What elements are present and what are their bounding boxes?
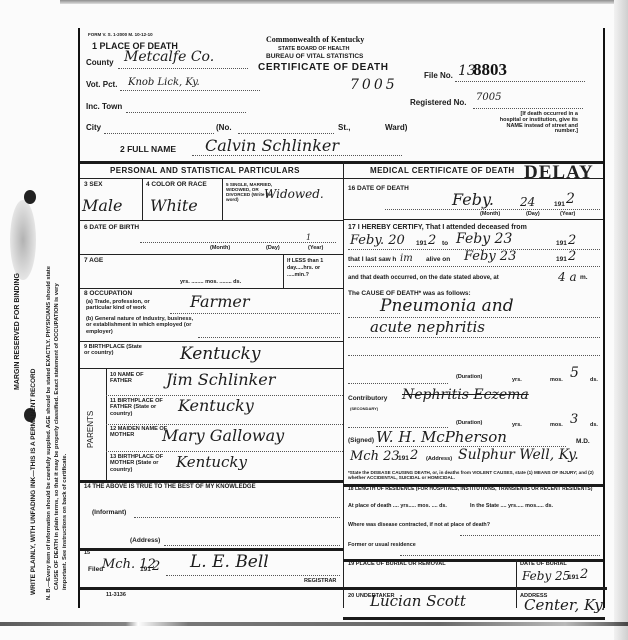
inc-town-label: Inc. Town bbox=[86, 103, 122, 111]
duration-1-ds-value: 5 bbox=[570, 366, 579, 380]
mother-birthplace-label: 13 BIRTHPLACE OF MOTHER (State or countr… bbox=[110, 454, 170, 473]
burial-date-label: DATE OF BURIAL bbox=[520, 562, 567, 568]
sex-label: 3 SEX bbox=[84, 182, 102, 189]
hospital-note: [If death occurred in a hospital or inst… bbox=[498, 112, 578, 135]
birthplace-label: 9 BIRTHPLACE (State or country) bbox=[84, 344, 144, 357]
contracted-label: Where was disease contracted, if not at … bbox=[348, 522, 528, 530]
in-state-label: In the State .... yrs..... mos..... ds. bbox=[470, 503, 602, 511]
burial-year-prefix: 191 bbox=[568, 575, 579, 582]
duration-1-label: (Duration) bbox=[456, 375, 482, 381]
dob-year-prefix: 1 bbox=[306, 234, 311, 242]
signed-label: (Signed) bbox=[348, 438, 374, 445]
ward-label: Ward) bbox=[385, 124, 407, 132]
vot-pct-value: Knob Lick, Ky. bbox=[128, 78, 200, 88]
last-saw-year-suffix: 2 bbox=[568, 250, 576, 263]
death-month: Feby. bbox=[452, 192, 494, 208]
occupation-label: 8 OCCUPATION bbox=[84, 291, 132, 298]
death-occurred-label: and that death occurred, on the date sta… bbox=[348, 275, 499, 281]
m-label: m. bbox=[580, 275, 588, 282]
scan-edge-top bbox=[60, 0, 620, 4]
duration-2-mos: mos. bbox=[550, 423, 563, 429]
no-label: (No. bbox=[216, 124, 232, 132]
md-label: M.D. bbox=[576, 439, 590, 446]
mother-name-label: 12 MAIDEN NAME OF MOTHER bbox=[110, 426, 170, 439]
board-heading: STATE BOARD OF HEALTH bbox=[278, 47, 350, 53]
death-year-label: (Year) bbox=[560, 212, 575, 218]
st-label: St., bbox=[338, 124, 350, 132]
death-day: 24 bbox=[520, 196, 535, 208]
punch-hole-top bbox=[24, 190, 36, 204]
residence-label: 18 LENGTH OF RESIDENCE (FOR HOSPITALS, I… bbox=[348, 487, 603, 493]
signed-year-suffix: 2 bbox=[410, 449, 418, 462]
duration-1-mos: mos. bbox=[550, 378, 563, 384]
attended-from-year-suffix: 2 bbox=[428, 234, 436, 247]
filed-year-suffix: 2 bbox=[152, 560, 160, 573]
less-than-day-label: If LESS than 1 day.....hrs. or .....min.… bbox=[287, 258, 341, 279]
full-name-label: 2 FULL NAME bbox=[120, 145, 176, 154]
cause-footnote: *State the DISEASE CAUSING DEATH, or, in… bbox=[348, 470, 603, 481]
attended-from-year-prefix: 191 bbox=[416, 241, 427, 248]
stray-handwritten-number: 7005 bbox=[350, 78, 398, 92]
duration-1-yrs: yrs. bbox=[512, 378, 522, 384]
alive-on-label: alive on bbox=[426, 257, 450, 264]
age-units: yrs. ........ mos. ........ ds. bbox=[180, 280, 241, 286]
occupation-b-label: (b) General nature of industry, business… bbox=[86, 316, 196, 335]
death-year-prefix: 191 bbox=[554, 202, 565, 209]
duration-2-mos-value: 3 bbox=[570, 413, 578, 426]
contributory-label: Contributory bbox=[348, 396, 387, 403]
scanned-death-certificate: MARGIN RESERVED FOR BINDING WRITE PLAINL… bbox=[0, 0, 628, 640]
age-label: 7 AGE bbox=[84, 258, 103, 265]
burial-place-label: 19 PLACE OF BURIAL OR REMOVAL bbox=[348, 562, 446, 568]
at-place-label: At place of death .... yrs..... mos. ...… bbox=[348, 503, 458, 511]
margin-instructions-3: important. See instructions on back of c… bbox=[62, 454, 68, 590]
delay-stamp: DELAY bbox=[524, 162, 594, 184]
last-saw-year-prefix: 191 bbox=[556, 257, 567, 264]
death-year-suffix: 2 bbox=[566, 192, 575, 206]
signed-year-prefix: 191 bbox=[398, 456, 409, 463]
bureau-heading: BUREAU OF VITAL STATISTICS bbox=[266, 54, 363, 61]
vot-pct-label: Vot. Pct. bbox=[86, 81, 117, 89]
last-saw-him: im bbox=[400, 254, 413, 264]
margin-instructions-2: CAUSE OF DEATH in plain terms, so that i… bbox=[54, 283, 60, 590]
duration-1-ds: ds. bbox=[590, 378, 598, 384]
attended-to-year-prefix: 191 bbox=[556, 241, 567, 248]
father-birthplace-label: 11 BIRTHPLACE OF FATHER (State or countr… bbox=[110, 398, 170, 417]
medical-section-title: MEDICAL CERTIFICATE OF DEATH bbox=[370, 167, 515, 175]
birthplace-value: Kentucky bbox=[180, 346, 260, 363]
secondary-label: (SECONDARY) bbox=[350, 407, 378, 411]
county-value: Metcalfe Co. bbox=[124, 50, 214, 64]
former-residence-label: Former or usual residence bbox=[348, 542, 418, 550]
last-saw-date: Feby 23 bbox=[464, 250, 516, 263]
mother-name-value: Mary Galloway bbox=[162, 428, 284, 444]
certify-label: 17 I HEREBY CERTIFY, That I attended dec… bbox=[348, 224, 527, 231]
city-label: City bbox=[86, 124, 101, 132]
attended-to: Feby 23 bbox=[456, 232, 512, 246]
date-of-death-label: 16 DATE OF DEATH bbox=[348, 186, 409, 193]
occupation-a-label: (a) Trade, profession, or particular kin… bbox=[86, 299, 176, 312]
dob-year-label: (Year) bbox=[308, 246, 323, 252]
undertaker-address: Center, Ky. bbox=[524, 598, 605, 613]
burial-date: Feby 25 bbox=[522, 570, 570, 582]
informant-address-label: (Address) bbox=[130, 538, 160, 545]
commonwealth-heading: Commonwealth of Kentucky bbox=[266, 36, 364, 44]
duration-2-label: (Duration) bbox=[456, 421, 482, 427]
file-no-label: File No. bbox=[424, 72, 453, 80]
registered-no-value: 7005 bbox=[476, 93, 501, 103]
file-no-stamped: 8803 bbox=[473, 61, 507, 78]
informant-label: (Informant) bbox=[92, 510, 126, 517]
form-id: FORM V. S. 1-2000 M. 10-12-10 bbox=[88, 33, 153, 38]
personal-section-title: PERSONAL AND STATISTICAL PARTICULARS bbox=[110, 167, 300, 175]
death-month-label: (Month) bbox=[480, 212, 500, 218]
attended-from: Feby. 20 bbox=[350, 234, 405, 247]
death-time: 4 a bbox=[558, 271, 577, 283]
registrar-signature: L. E. Bell bbox=[190, 554, 269, 571]
attended-to-year-suffix: 2 bbox=[568, 234, 576, 247]
color-race-label: 4 COLOR OR RACE bbox=[146, 182, 207, 189]
registrar-label: REGISTRAR bbox=[304, 579, 336, 585]
duration-2-ds: ds. bbox=[590, 423, 598, 429]
dob-day-label: (Day) bbox=[266, 246, 280, 252]
death-day-label: (Day) bbox=[526, 212, 540, 218]
physician-address-label: (Address) bbox=[426, 457, 452, 463]
last-saw-label: that I last saw h bbox=[348, 257, 396, 264]
margin-ink-warning: WRITE PLAINLY, WITH UNFADING INK—THIS IS… bbox=[30, 369, 37, 595]
signed-date: Mch 23 bbox=[350, 450, 400, 463]
occupation-value: Farmer bbox=[190, 294, 250, 310]
father-name-value: Jim Schlinker bbox=[166, 372, 275, 388]
mother-birthplace-value: Kentucky bbox=[176, 455, 247, 470]
undertaker-value: Lucian Scott bbox=[370, 594, 466, 609]
certificate-title: CERTIFICATE OF DEATH bbox=[258, 63, 389, 73]
color-race-value: White bbox=[150, 198, 198, 214]
margin-binding-text: MARGIN RESERVED FOR BINDING bbox=[14, 273, 21, 390]
contributory-value: Nephritis Eczema bbox=[402, 388, 529, 402]
county-label: County bbox=[86, 59, 114, 67]
father-birthplace-value: Kentucky bbox=[178, 398, 254, 414]
cause-line-2: acute nephritis bbox=[370, 320, 485, 335]
dob-label: 6 DATE OF BIRTH bbox=[84, 225, 139, 232]
to-label: to bbox=[442, 241, 448, 248]
dob-month-label: (Month) bbox=[210, 246, 230, 252]
burial-year-suffix: 2 bbox=[580, 568, 588, 581]
physician-address: Sulphur Well, Ky. bbox=[458, 448, 579, 462]
parents-label: PARENTS bbox=[86, 411, 95, 448]
cause-line-1: Pneumonia and bbox=[380, 298, 514, 315]
marital-status-value: Widowed. bbox=[264, 188, 324, 200]
form-code: 11-3136 bbox=[106, 593, 126, 599]
duration-2-yrs: yrs. bbox=[512, 423, 522, 429]
margin-instructions-1: N. B.—Every item of information should b… bbox=[46, 266, 52, 600]
registered-no-label: Registered No. bbox=[410, 99, 466, 107]
certificate-form: FORM V. S. 1-2000 M. 10-12-10 1 PLACE OF… bbox=[78, 28, 605, 608]
scan-smudge bbox=[10, 200, 36, 280]
full-name-value: Calvin Schlinker bbox=[205, 138, 339, 154]
scan-edge-bottom bbox=[0, 622, 628, 626]
filed-year-prefix: 191 bbox=[140, 567, 151, 574]
sex-value: Male bbox=[82, 198, 123, 214]
physician-signature: W. H. McPherson bbox=[376, 430, 507, 445]
scan-edge-right bbox=[614, 0, 628, 640]
father-name-label: 10 NAME OF FATHER bbox=[110, 372, 150, 385]
filed-label: Filed bbox=[88, 567, 103, 574]
informant-statement: 14 THE ABOVE IS TRUE TO THE BEST OF MY K… bbox=[84, 484, 256, 490]
